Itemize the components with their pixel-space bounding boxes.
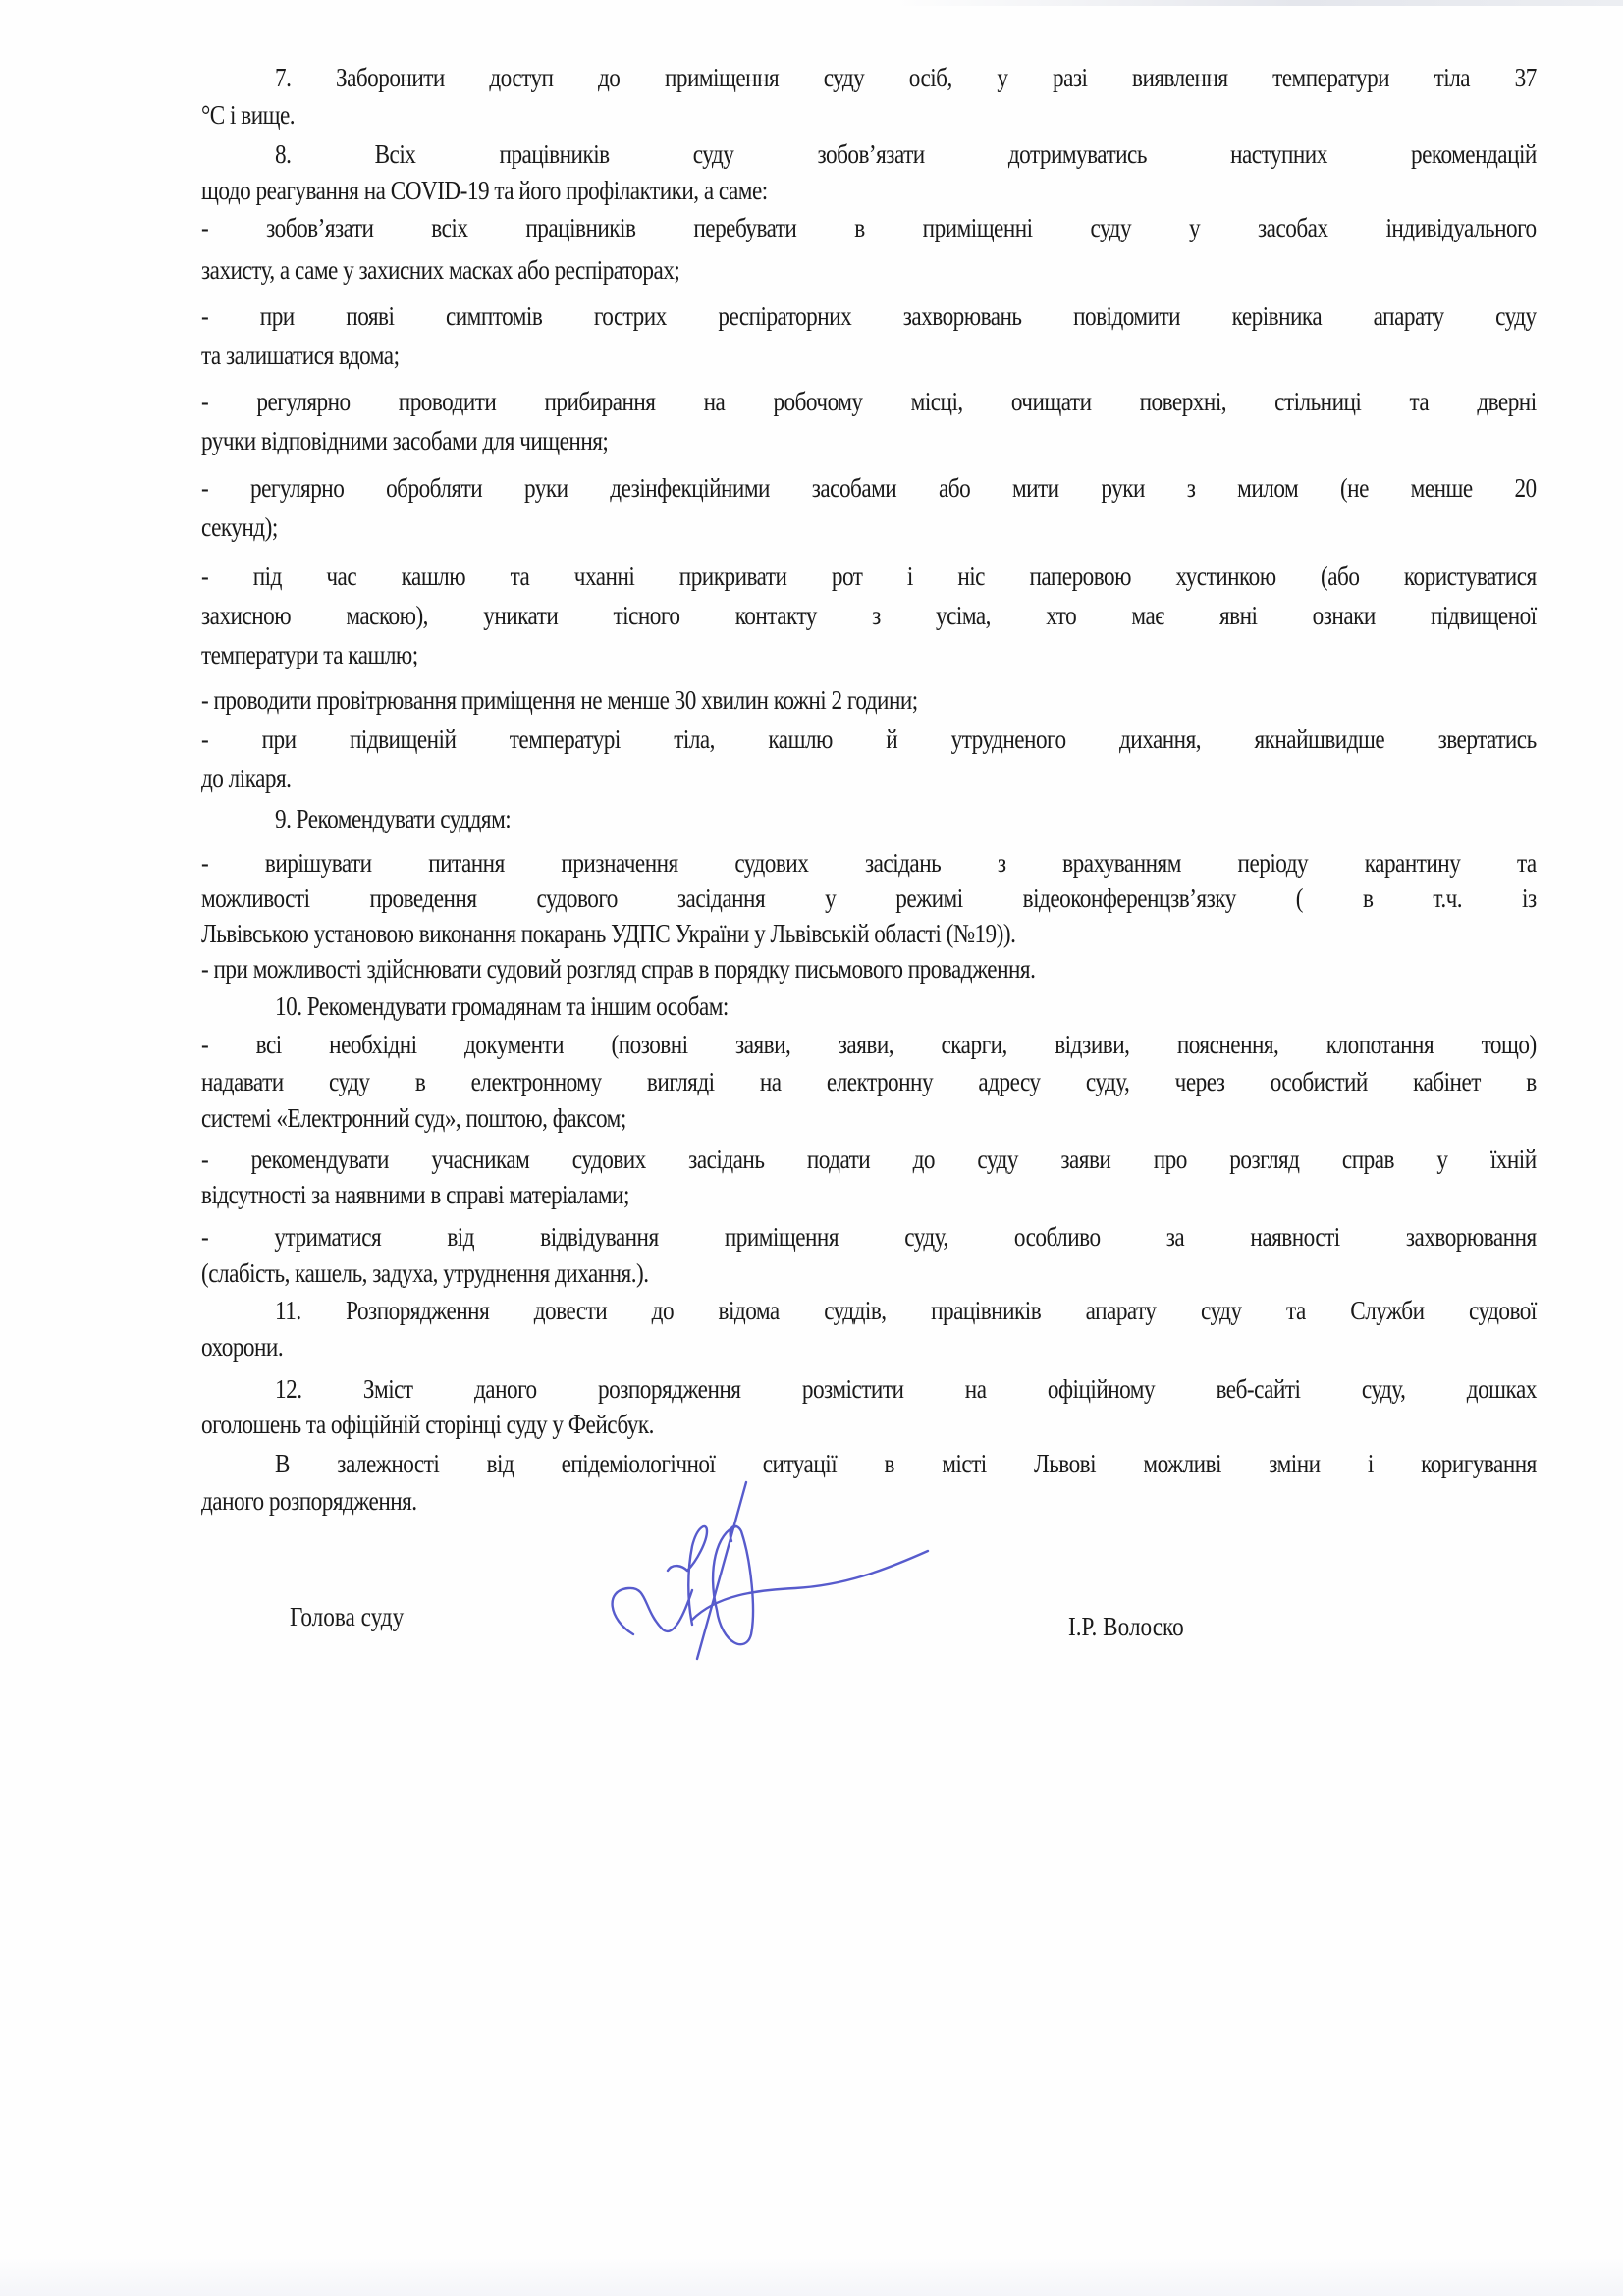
item-8-bullet-4-line-2: секунд); — [201, 510, 1350, 544]
item-9-line-1: 9. Рекомендувати суддям: — [275, 802, 1424, 835]
item-8-bullet-5-line-2: захисною маскою), уникати тісного контак… — [201, 599, 1537, 632]
item-8-bullet-4-line-1: - регулярно обробляти руки дезінфекційни… — [201, 471, 1537, 505]
item-7-line-1: 7. Заборонити доступ до приміщення суду … — [275, 61, 1537, 94]
item-8-bullet-2-line-2: та залишатися вдома; — [201, 339, 1350, 372]
scan-bottom-shadow — [0, 2257, 1623, 2296]
item-7-line-2: °С і вище. — [201, 98, 1350, 132]
item-8-bullet-2-line-1: - при появі симптомів гострих респіратор… — [201, 299, 1537, 333]
item-10-line-1: 10. Рекомендувати громадянам та іншим ос… — [275, 989, 1424, 1023]
item-8-bullet-3-line-1: - регулярно проводити прибирання на робо… — [201, 385, 1537, 418]
item-8-bullet-7-line-1: - при підвищеній температурі тіла, кашлю… — [201, 722, 1537, 756]
signature-position-title: Голова суду — [290, 1602, 404, 1632]
item-11-line-2: охорони. — [201, 1330, 1350, 1363]
document-page: 7. Заборонити доступ до приміщення суду … — [0, 0, 1623, 2296]
item-8-line-2: щодо реагування на COVID-19 та його проф… — [201, 174, 1350, 207]
item-8-bullet-1-line-1: - зобов’язати всіх працівників перебуват… — [201, 211, 1537, 244]
item-12-line-2: оголошень та офіційній сторінці суду у Ф… — [201, 1408, 1350, 1441]
item-10-bullet-1-line-2: надавати суду в електронному вигляді на … — [201, 1065, 1537, 1098]
item-8-bullet-6-line-1: - проводити провітрювання приміщення не … — [201, 683, 1350, 717]
item-8-bullet-1-line-2: захисту, а саме у захисних масках або ре… — [201, 253, 1350, 287]
handwritten-signature-icon — [550, 1472, 1060, 1679]
item-9-bullet-2-line-1: - при можливості здійснювати судовий роз… — [201, 952, 1350, 986]
item-8-line-1: 8. Всіх працівників суду зобов’язати дот… — [275, 137, 1537, 171]
signatory-name: І.Р. Волоско — [1068, 1612, 1184, 1642]
item-10-bullet-2-line-1: - рекомендувати учасникам судових засіда… — [201, 1143, 1537, 1176]
item-8-bullet-3-line-2: ручки відповідними засобами для чищення; — [201, 424, 1350, 457]
item-10-bullet-2-line-2: відсутності за наявними в справі матеріа… — [201, 1178, 1350, 1211]
item-8-bullet-5-line-1: - під час кашлю та чханні прикривати рот… — [201, 560, 1537, 593]
item-8-bullet-7-line-2: до лікаря. — [201, 762, 1350, 795]
item-9-bullet-1-line-2: можливості проведення судового засідання… — [201, 881, 1537, 915]
scan-edge-shadow — [0, 0, 1623, 6]
item-12-line-1: 12. Зміст даного розпорядження розмістит… — [275, 1372, 1537, 1406]
item-11-line-1: 11. Розпорядження довести до відома судд… — [275, 1294, 1537, 1327]
item-10-bullet-3-line-1: - утриматися від відвідування приміщення… — [201, 1220, 1537, 1254]
item-9-bullet-1-line-1: - вирішувати питання призначення судових… — [201, 846, 1537, 880]
item-10-bullet-1-line-3: системі «Електронний суд», поштою, факсо… — [201, 1101, 1350, 1135]
item-10-bullet-3-line-2: (слабість, кашель, задуха, утруднення ди… — [201, 1256, 1350, 1290]
item-10-bullet-1-line-1: - всі необхідні документи (позовні заяви… — [201, 1028, 1537, 1061]
item-8-bullet-5-line-3: температури та кашлю; — [201, 638, 1350, 671]
item-9-bullet-1-line-3: Львівською установою виконання покарань … — [201, 917, 1350, 950]
